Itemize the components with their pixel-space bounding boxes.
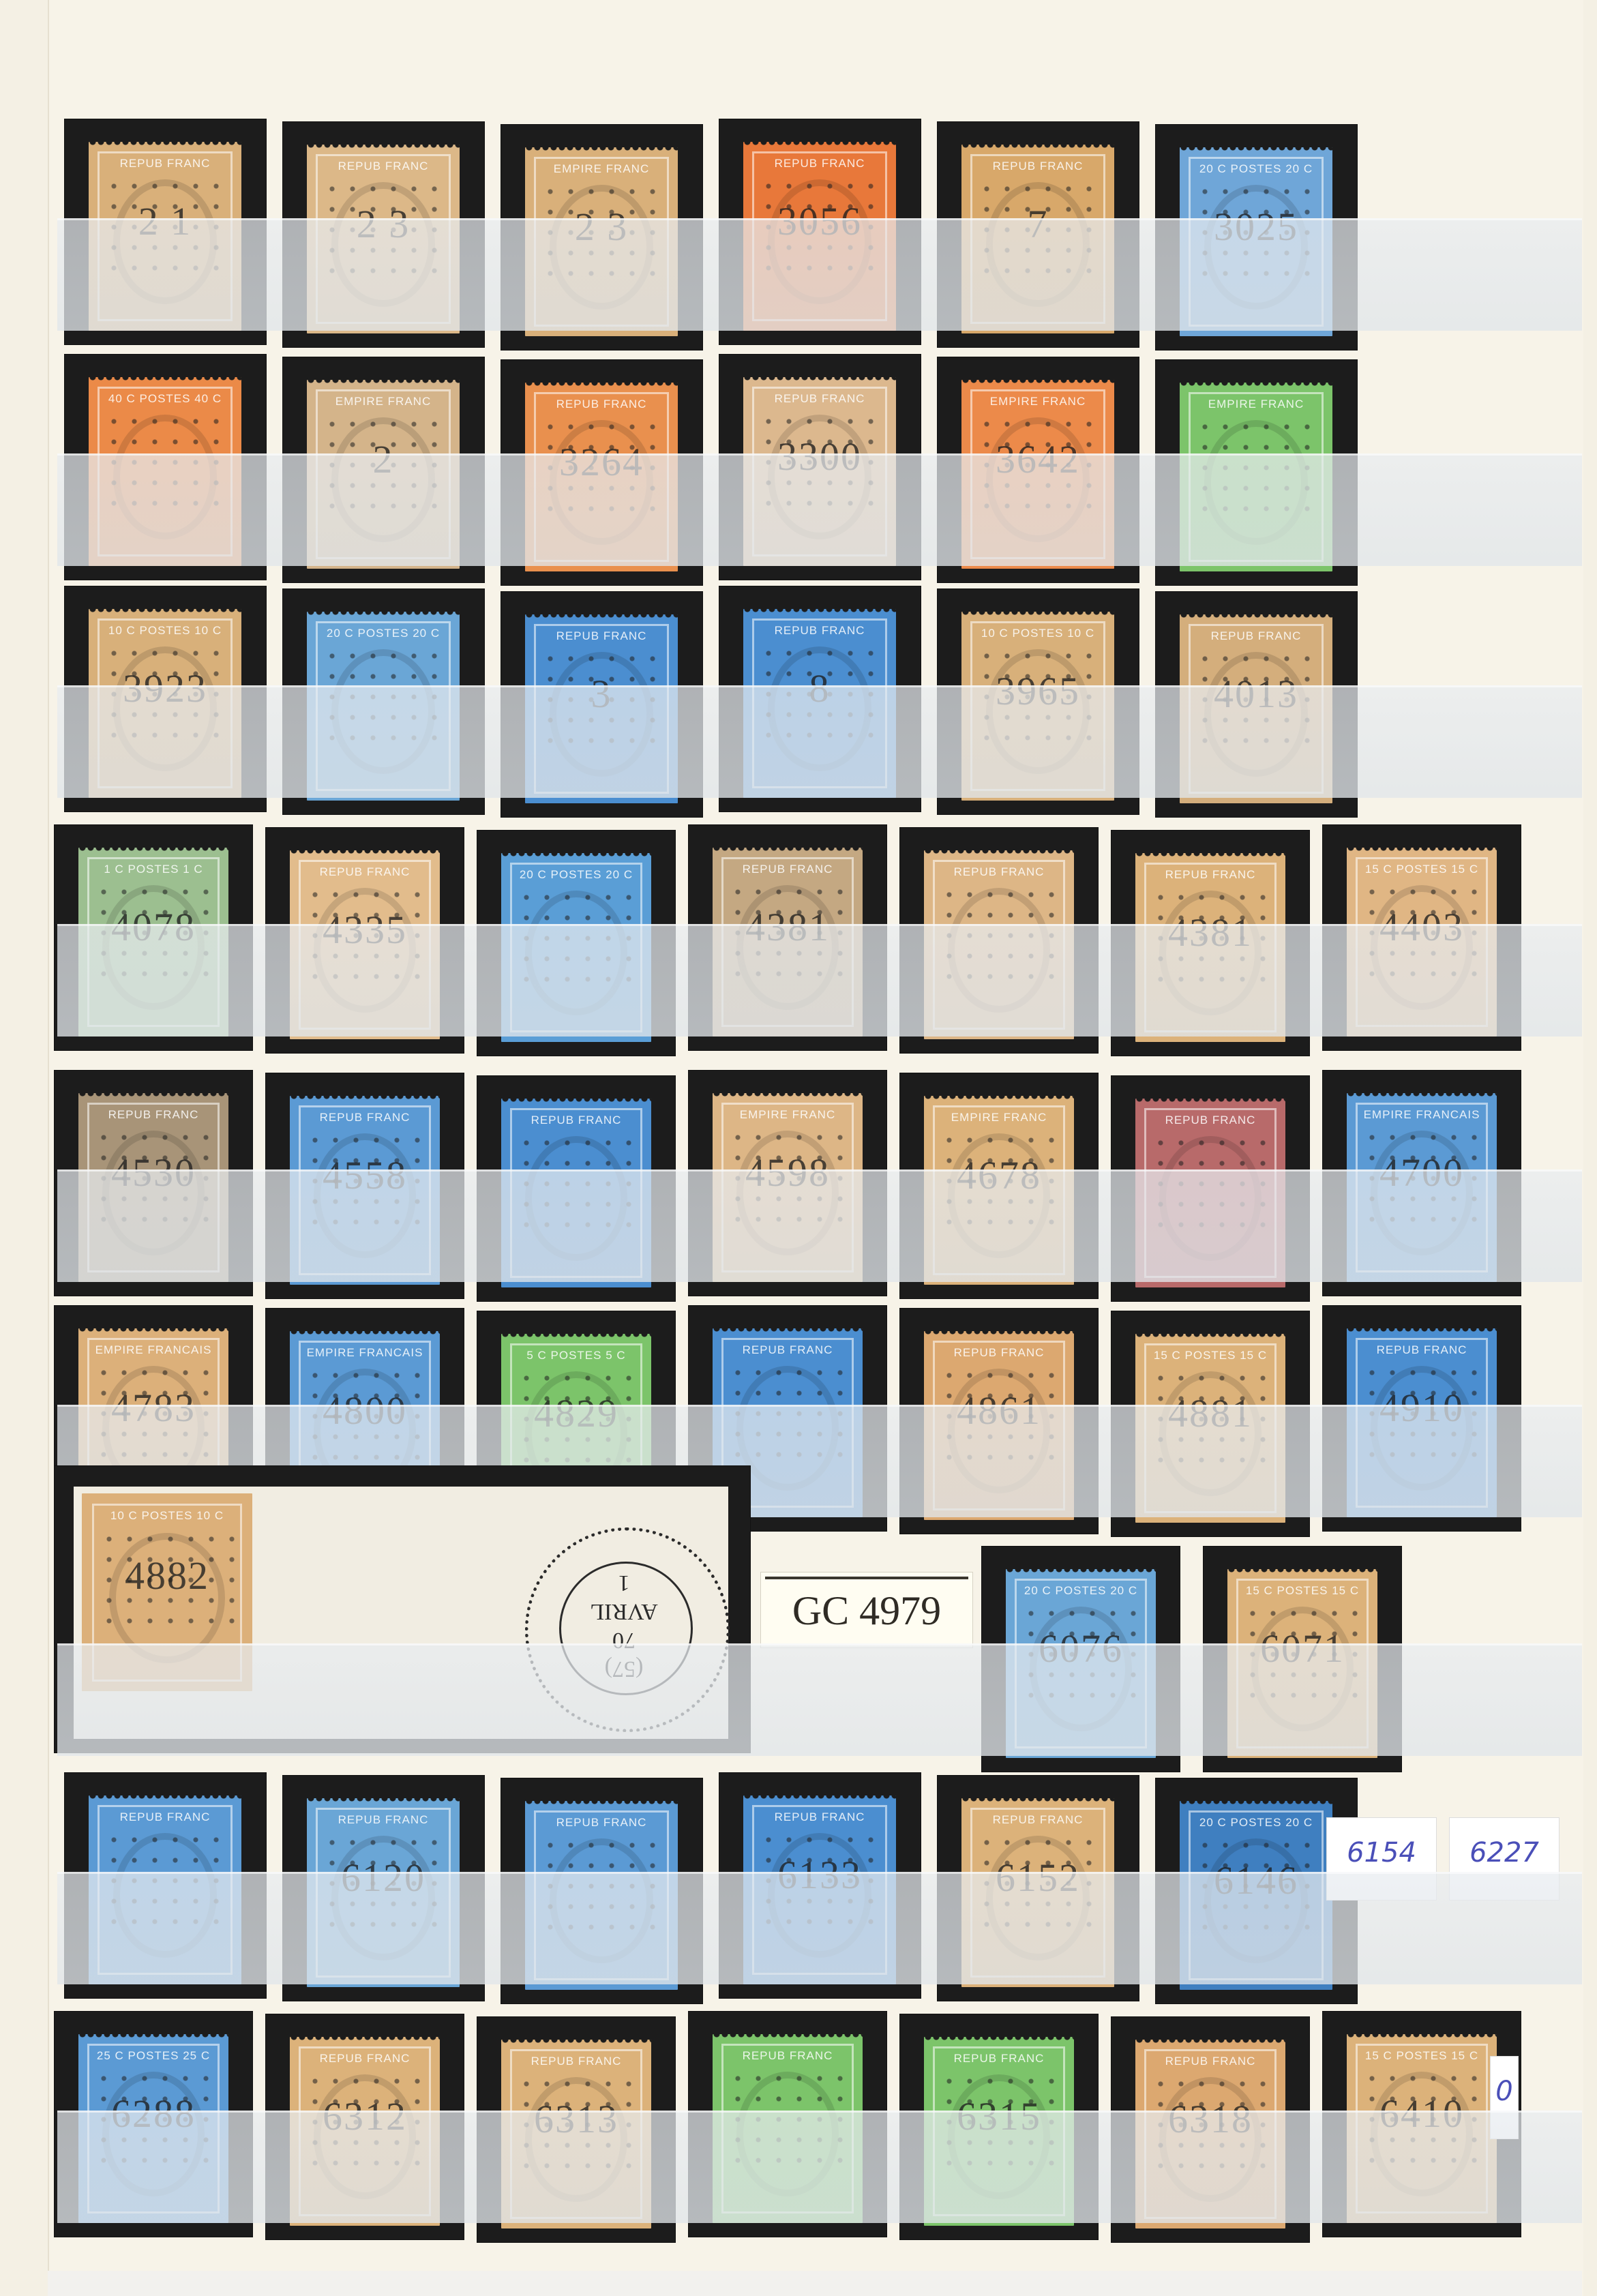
glassine-strip-edge xyxy=(57,924,1582,926)
stamp-header-text: REPUB FRANC xyxy=(974,1811,1102,1828)
perforation-top xyxy=(290,2037,440,2042)
glassine-strip xyxy=(57,1643,1582,1756)
perforation-top xyxy=(89,142,241,147)
album-page-bottom-margin xyxy=(48,2271,1582,2296)
glassine-strip-edge xyxy=(57,453,1582,456)
perforation-top xyxy=(501,1099,651,1104)
stamp-header-text: REPUB FRANC xyxy=(537,1814,666,1831)
stamp-header-text: REPUB FRANC xyxy=(1148,2053,1274,2070)
stamp-header-text: REPUB FRANC xyxy=(756,622,884,639)
glassine-strip xyxy=(57,924,1582,1037)
perforation-top xyxy=(525,614,678,620)
perforation-top xyxy=(1135,1334,1285,1339)
stamp-header-text: 10 C POSTES 10 C xyxy=(974,625,1102,642)
stamp-header-text: REPUB FRANC xyxy=(302,1109,428,1126)
stamp-header-text: REPUB FRANC xyxy=(513,1112,640,1129)
perforation-top xyxy=(1135,2040,1285,2045)
perforation-top xyxy=(1347,1093,1497,1099)
perforation-top xyxy=(1180,147,1332,153)
stamp-header-text: 25 C POSTES 25 C xyxy=(91,2047,217,2064)
perforation-top xyxy=(78,1093,228,1099)
stamp-header-text: REPUB FRANC xyxy=(537,396,666,413)
perforation-top xyxy=(1180,1801,1332,1806)
perforation-top xyxy=(743,609,896,614)
perforation-top xyxy=(1347,1328,1497,1334)
stamp-header-text: REPUB FRANC xyxy=(101,1808,229,1825)
perforation-top xyxy=(290,850,440,856)
glassine-strip-edge xyxy=(57,1872,1582,1874)
glassine-strip xyxy=(57,685,1582,798)
stamp-header-text: REPUB FRANC xyxy=(1148,866,1274,883)
perforation-top xyxy=(743,142,896,147)
stamp-header-text: REPUB FRANC xyxy=(1359,1341,1485,1358)
perforation-top xyxy=(501,853,651,859)
perforation-top xyxy=(1135,1099,1285,1104)
stamp-header-text: 15 C POSTES 15 C xyxy=(1359,861,1485,878)
stamp-header-text: 10 C POSTES 10 C xyxy=(101,622,229,639)
gc-cancel-number: 4882 xyxy=(82,1553,252,1598)
stamp-header-text: REPUB FRANC xyxy=(91,1106,217,1123)
stamp-header-text: EMPIRE FRANC xyxy=(1192,396,1320,413)
stamp-header-text: REPUB FRANC xyxy=(101,155,229,172)
perforation-top xyxy=(743,1795,896,1801)
stamp-header-text: REPUB FRANC xyxy=(1192,627,1320,644)
stamp-header-text: 20 C POSTES 20 C xyxy=(513,866,640,883)
perforation-top xyxy=(1347,2034,1497,2040)
stamp-header-text: 20 C POSTES 20 C xyxy=(1018,1582,1144,1599)
perforation-top xyxy=(89,1795,241,1801)
perforation-top xyxy=(89,377,241,383)
perforation-top xyxy=(1006,1569,1156,1575)
perforation-top xyxy=(924,850,1074,856)
stamp-header-text: 1 C POSTES 1 C xyxy=(91,861,217,878)
stamp-header-text: REPUB FRANC xyxy=(302,863,428,880)
stamp-header-text: REPUB FRANC xyxy=(756,155,884,172)
perforation-top xyxy=(307,612,460,617)
glassine-strip-edge xyxy=(57,1169,1582,1172)
stamp-header-text: 15 C POSTES 15 C xyxy=(1240,1582,1366,1599)
perforation-top xyxy=(743,377,896,383)
stamp-header-text: 20 C POSTES 20 C xyxy=(1192,160,1320,177)
perforation-top xyxy=(1135,853,1285,859)
perforation-top xyxy=(1180,383,1332,388)
perforation-top xyxy=(961,380,1114,385)
stamp-header-text: EMPIRE FRANCAIS xyxy=(1359,1106,1485,1123)
handwritten-note-text: 6227 xyxy=(1450,1837,1559,1868)
label-rule xyxy=(765,1577,968,1579)
stamp-header-text: EMPIRE FRANCAIS xyxy=(91,1341,217,1358)
perforation-top xyxy=(924,1096,1074,1101)
perforation-top xyxy=(307,145,460,150)
stamp-header-text: 40 C POSTES 40 C xyxy=(101,390,229,407)
perforation-top xyxy=(713,1328,863,1334)
perforation-top xyxy=(1347,848,1497,853)
perforation-top xyxy=(1180,614,1332,620)
glassine-strip-edge xyxy=(57,1643,1582,1645)
stamp-header-text: REPUB FRANC xyxy=(936,863,1062,880)
perforation-top xyxy=(924,1331,1074,1337)
perforation-top xyxy=(525,1801,678,1806)
perforation-top xyxy=(501,2040,651,2045)
datestamp-line4: 1 xyxy=(566,1568,682,1597)
stamp-header-text: EMPIRE FRANC xyxy=(936,1109,1062,1126)
stamp-header-text: 20 C POSTES 20 C xyxy=(1192,1814,1320,1831)
stamp-header-text: REPUB FRANC xyxy=(756,1808,884,1825)
perforation-top xyxy=(307,1798,460,1804)
perforation-top xyxy=(525,147,678,153)
glassine-strip xyxy=(57,218,1582,331)
stamp-header-text: REPUB FRANC xyxy=(936,2050,1062,2067)
perforation-top xyxy=(713,2034,863,2040)
perforation-top xyxy=(501,1334,651,1339)
perforation-top xyxy=(961,145,1114,150)
datestamp-line3: AVRIL xyxy=(566,1597,682,1626)
stamp-header-text: REPUB FRANC xyxy=(725,1341,851,1358)
perforation-top xyxy=(307,380,460,385)
perforation-top xyxy=(290,1096,440,1101)
perforation-top xyxy=(525,383,678,388)
stamp-header-text: REPUB FRANC xyxy=(302,2050,428,2067)
stamp-header-text: REPUB FRANC xyxy=(319,1811,447,1828)
handwritten-note-text: 0 xyxy=(1491,2076,1518,2107)
stamp-header-text: REPUB FRANC xyxy=(513,2053,640,2070)
perforation-top xyxy=(1227,1569,1377,1575)
perforation-top xyxy=(713,848,863,853)
handwritten-note-text: 6154 xyxy=(1327,1837,1436,1868)
glassine-strip xyxy=(57,453,1582,566)
perforation-top xyxy=(961,612,1114,617)
stamp-header-text: REPUB FRANC xyxy=(974,158,1102,175)
stamp-header-text: EMPIRE FRANC xyxy=(319,393,447,410)
perforation-top xyxy=(290,1331,440,1337)
stamp-header-text: REPUB FRANC xyxy=(1148,1112,1274,1129)
stamp-header-text: 15 C POSTES 15 C xyxy=(1148,1347,1274,1364)
glassine-strip xyxy=(57,1872,1582,1984)
glassine-strip xyxy=(57,2111,1582,2223)
stamp-header-text: 10 C POSTES 10 C xyxy=(95,1507,239,1525)
stamp-header-text: REPUB FRANC xyxy=(936,1344,1062,1361)
stamp-header-text: 20 C POSTES 20 C xyxy=(319,625,447,642)
glassine-strip-edge xyxy=(57,218,1582,220)
stamp-header-text: REPUB FRANC xyxy=(319,158,447,175)
perforation-top xyxy=(961,1798,1114,1804)
perforation-top xyxy=(78,1328,228,1334)
stamp-header-text: REPUB FRANC xyxy=(756,390,884,407)
stamp-header-text: EMPIRE FRANCAIS xyxy=(302,1344,428,1361)
gc-label-card: GC 4979 xyxy=(760,1572,973,1648)
perforation-top xyxy=(713,1093,863,1099)
stamp-header-text: EMPIRE FRANC xyxy=(537,160,666,177)
stamp-header-text: EMPIRE FRANC xyxy=(974,393,1102,410)
perforation-top xyxy=(78,2034,228,2040)
stamp-header-text: EMPIRE FRANC xyxy=(725,1106,851,1123)
stamp-header-text: REPUB FRANC xyxy=(537,627,666,644)
perforation-top xyxy=(89,609,241,614)
stamp-header-text: REPUB FRANC xyxy=(725,861,851,878)
gc-label-text: GC 4979 xyxy=(761,1587,972,1635)
glassine-strip-edge xyxy=(57,2111,1582,2113)
stamp-header-text: 15 C POSTES 15 C xyxy=(1359,2047,1485,2064)
glassine-strip-edge xyxy=(57,685,1582,687)
glassine-strip-edge xyxy=(57,1405,1582,1407)
glassine-strip xyxy=(57,1169,1582,1282)
perforation-top xyxy=(78,848,228,853)
stamp-header-text: 5 C POSTES 5 C xyxy=(513,1347,640,1364)
stamp-header-text: REPUB FRANC xyxy=(725,2047,851,2064)
perforation-top xyxy=(924,2037,1074,2042)
